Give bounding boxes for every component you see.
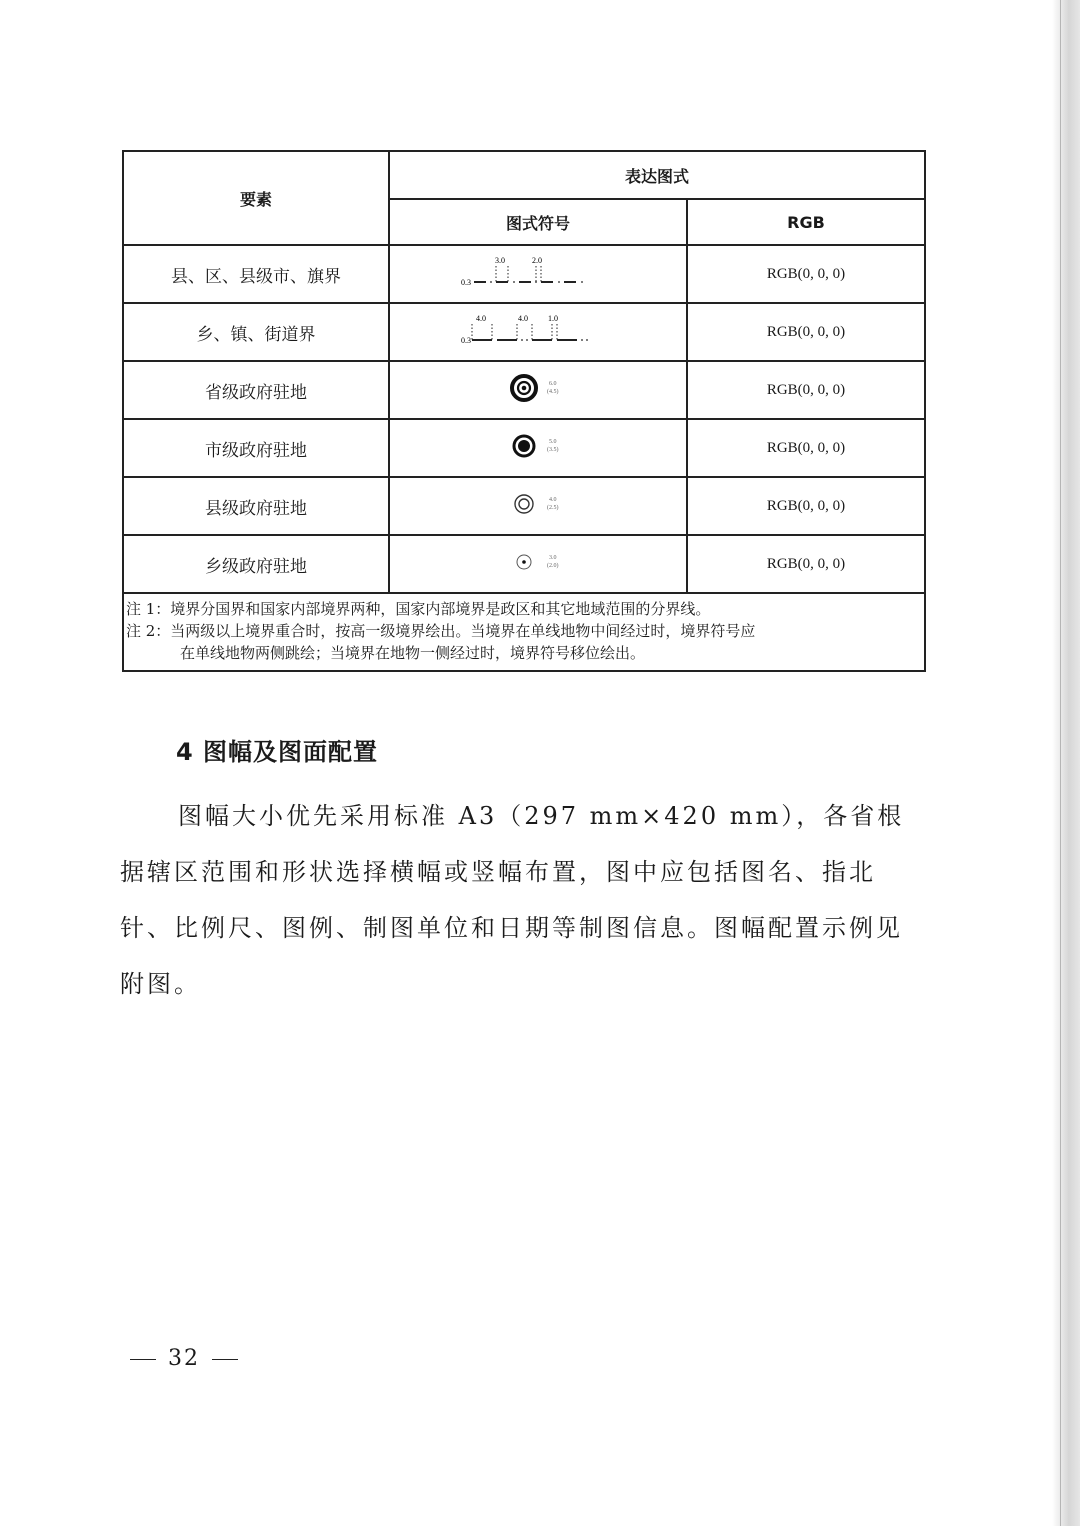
svg-text:4.0: 4.0 bbox=[549, 497, 557, 503]
rgb-cell: RGB(0, 0, 0) bbox=[687, 361, 925, 419]
provincial-seat-symbol-icon: 6.0 (4.5) bbox=[498, 368, 578, 408]
symbol-cell: 0.3 4.0 4.0 1.0 bbox=[389, 303, 687, 361]
symbol-cell: 4.0 (2.5) bbox=[389, 477, 687, 535]
city-seat-symbol-icon: 5.0 (3.5) bbox=[498, 426, 578, 466]
table-row: 县、区、县级市、旗界 0.3 3.0 2.0 bbox=[123, 245, 925, 303]
svg-text:0.3: 0.3 bbox=[461, 278, 471, 287]
header-expression: 表达图式 bbox=[389, 151, 925, 199]
symbol-cell: 3.0 (2.0) bbox=[389, 535, 687, 593]
scan-page-edge bbox=[1052, 0, 1080, 1526]
header-element: 要素 bbox=[123, 151, 389, 245]
svg-text:0.3: 0.3 bbox=[461, 336, 471, 345]
township-seat-symbol-icon: 3.0 (2.0) bbox=[498, 542, 578, 582]
legend-table: 要素 表达图式 图式符号 RGB 县、区、县级市、旗界 0.3 bbox=[122, 150, 926, 672]
symbol-cell: 0.3 3.0 2.0 bbox=[389, 245, 687, 303]
svg-text:3.0: 3.0 bbox=[549, 555, 557, 561]
svg-text:(4.5): (4.5) bbox=[547, 388, 559, 395]
element-cell: 省级政府驻地 bbox=[123, 361, 389, 419]
svg-text:5.0: 5.0 bbox=[549, 439, 557, 445]
element-cell: 县级政府驻地 bbox=[123, 477, 389, 535]
element-cell: 县、区、县级市、旗界 bbox=[123, 245, 389, 303]
note-2: 注 2：当两级以上境界重合时，按高一级境界绘出。当境界在单线地物中间经过时，境界… bbox=[126, 620, 920, 642]
section-heading: 4 图幅及图面配置 bbox=[176, 732, 378, 767]
table-row: 县级政府驻地 4.0 (2.5) RGB(0, 0, 0) bbox=[123, 477, 925, 535]
county-seat-symbol-icon: 4.0 (2.5) bbox=[498, 484, 578, 524]
symbol-cell: 6.0 (4.5) bbox=[389, 361, 687, 419]
township-boundary-symbol-icon: 0.3 4.0 4.0 1.0 bbox=[458, 310, 618, 350]
svg-text:3.0: 3.0 bbox=[495, 256, 505, 265]
header-symbol: 图式符号 bbox=[389, 199, 687, 245]
dash-left bbox=[130, 1359, 156, 1360]
rgb-cell: RGB(0, 0, 0) bbox=[687, 303, 925, 361]
svg-text:(3.5): (3.5) bbox=[547, 446, 559, 453]
svg-text:2.0: 2.0 bbox=[532, 256, 542, 265]
table-row: 乡、镇、街道界 0.3 4.0 4.0 1.0 bbox=[123, 303, 925, 361]
page-number-value: 32 bbox=[168, 1346, 200, 1371]
symbol-cell: 5.0 (3.5) bbox=[389, 419, 687, 477]
rgb-cell: RGB(0, 0, 0) bbox=[687, 477, 925, 535]
svg-text:4.0: 4.0 bbox=[518, 314, 528, 323]
element-cell: 乡、镇、街道界 bbox=[123, 303, 389, 361]
table-row: 省级政府驻地 6.0 (4.5) RGB(0, 0, 0) bbox=[123, 361, 925, 419]
page-number: 32 bbox=[118, 1346, 250, 1371]
svg-text:(2.5): (2.5) bbox=[547, 504, 559, 511]
note-1: 注 1：境界分国界和国家内部境界两种，国家内部境界是政区和其它地域范围的分界线。 bbox=[126, 598, 920, 620]
notes-cell: 注 1：境界分国界和国家内部境界两种，国家内部境界是政区和其它地域范围的分界线。… bbox=[123, 593, 925, 671]
dash-right bbox=[212, 1359, 238, 1360]
svg-text:6.0: 6.0 bbox=[549, 381, 557, 387]
table-row: 市级政府驻地 5.0 (3.5) RGB(0, 0, 0) bbox=[123, 419, 925, 477]
notes-row: 注 1：境界分国界和国家内部境界两种，国家内部境界是政区和其它地域范围的分界线。… bbox=[123, 593, 925, 671]
svg-text:(2.0): (2.0) bbox=[547, 562, 559, 569]
svg-text:1.0: 1.0 bbox=[548, 314, 558, 323]
rgb-cell: RGB(0, 0, 0) bbox=[687, 419, 925, 477]
svg-text:4.0: 4.0 bbox=[476, 314, 486, 323]
header-rgb: RGB bbox=[687, 199, 925, 245]
rgb-cell: RGB(0, 0, 0) bbox=[687, 245, 925, 303]
note-2-continued: 在单线地物两侧跳绘；当境界在地物一侧经过时，境界符号移位绘出。 bbox=[126, 642, 920, 664]
county-boundary-symbol-icon: 0.3 3.0 2.0 bbox=[458, 252, 618, 292]
table-row: 乡级政府驻地 3.0 (2.0) RGB(0, 0, 0) bbox=[123, 535, 925, 593]
section-paragraph: 图幅大小优先采用标准 A3（297 mm×420 mm），各省根据辖区范围和形状… bbox=[120, 788, 920, 1012]
rgb-cell: RGB(0, 0, 0) bbox=[687, 535, 925, 593]
element-cell: 乡级政府驻地 bbox=[123, 535, 389, 593]
element-cell: 市级政府驻地 bbox=[123, 419, 389, 477]
